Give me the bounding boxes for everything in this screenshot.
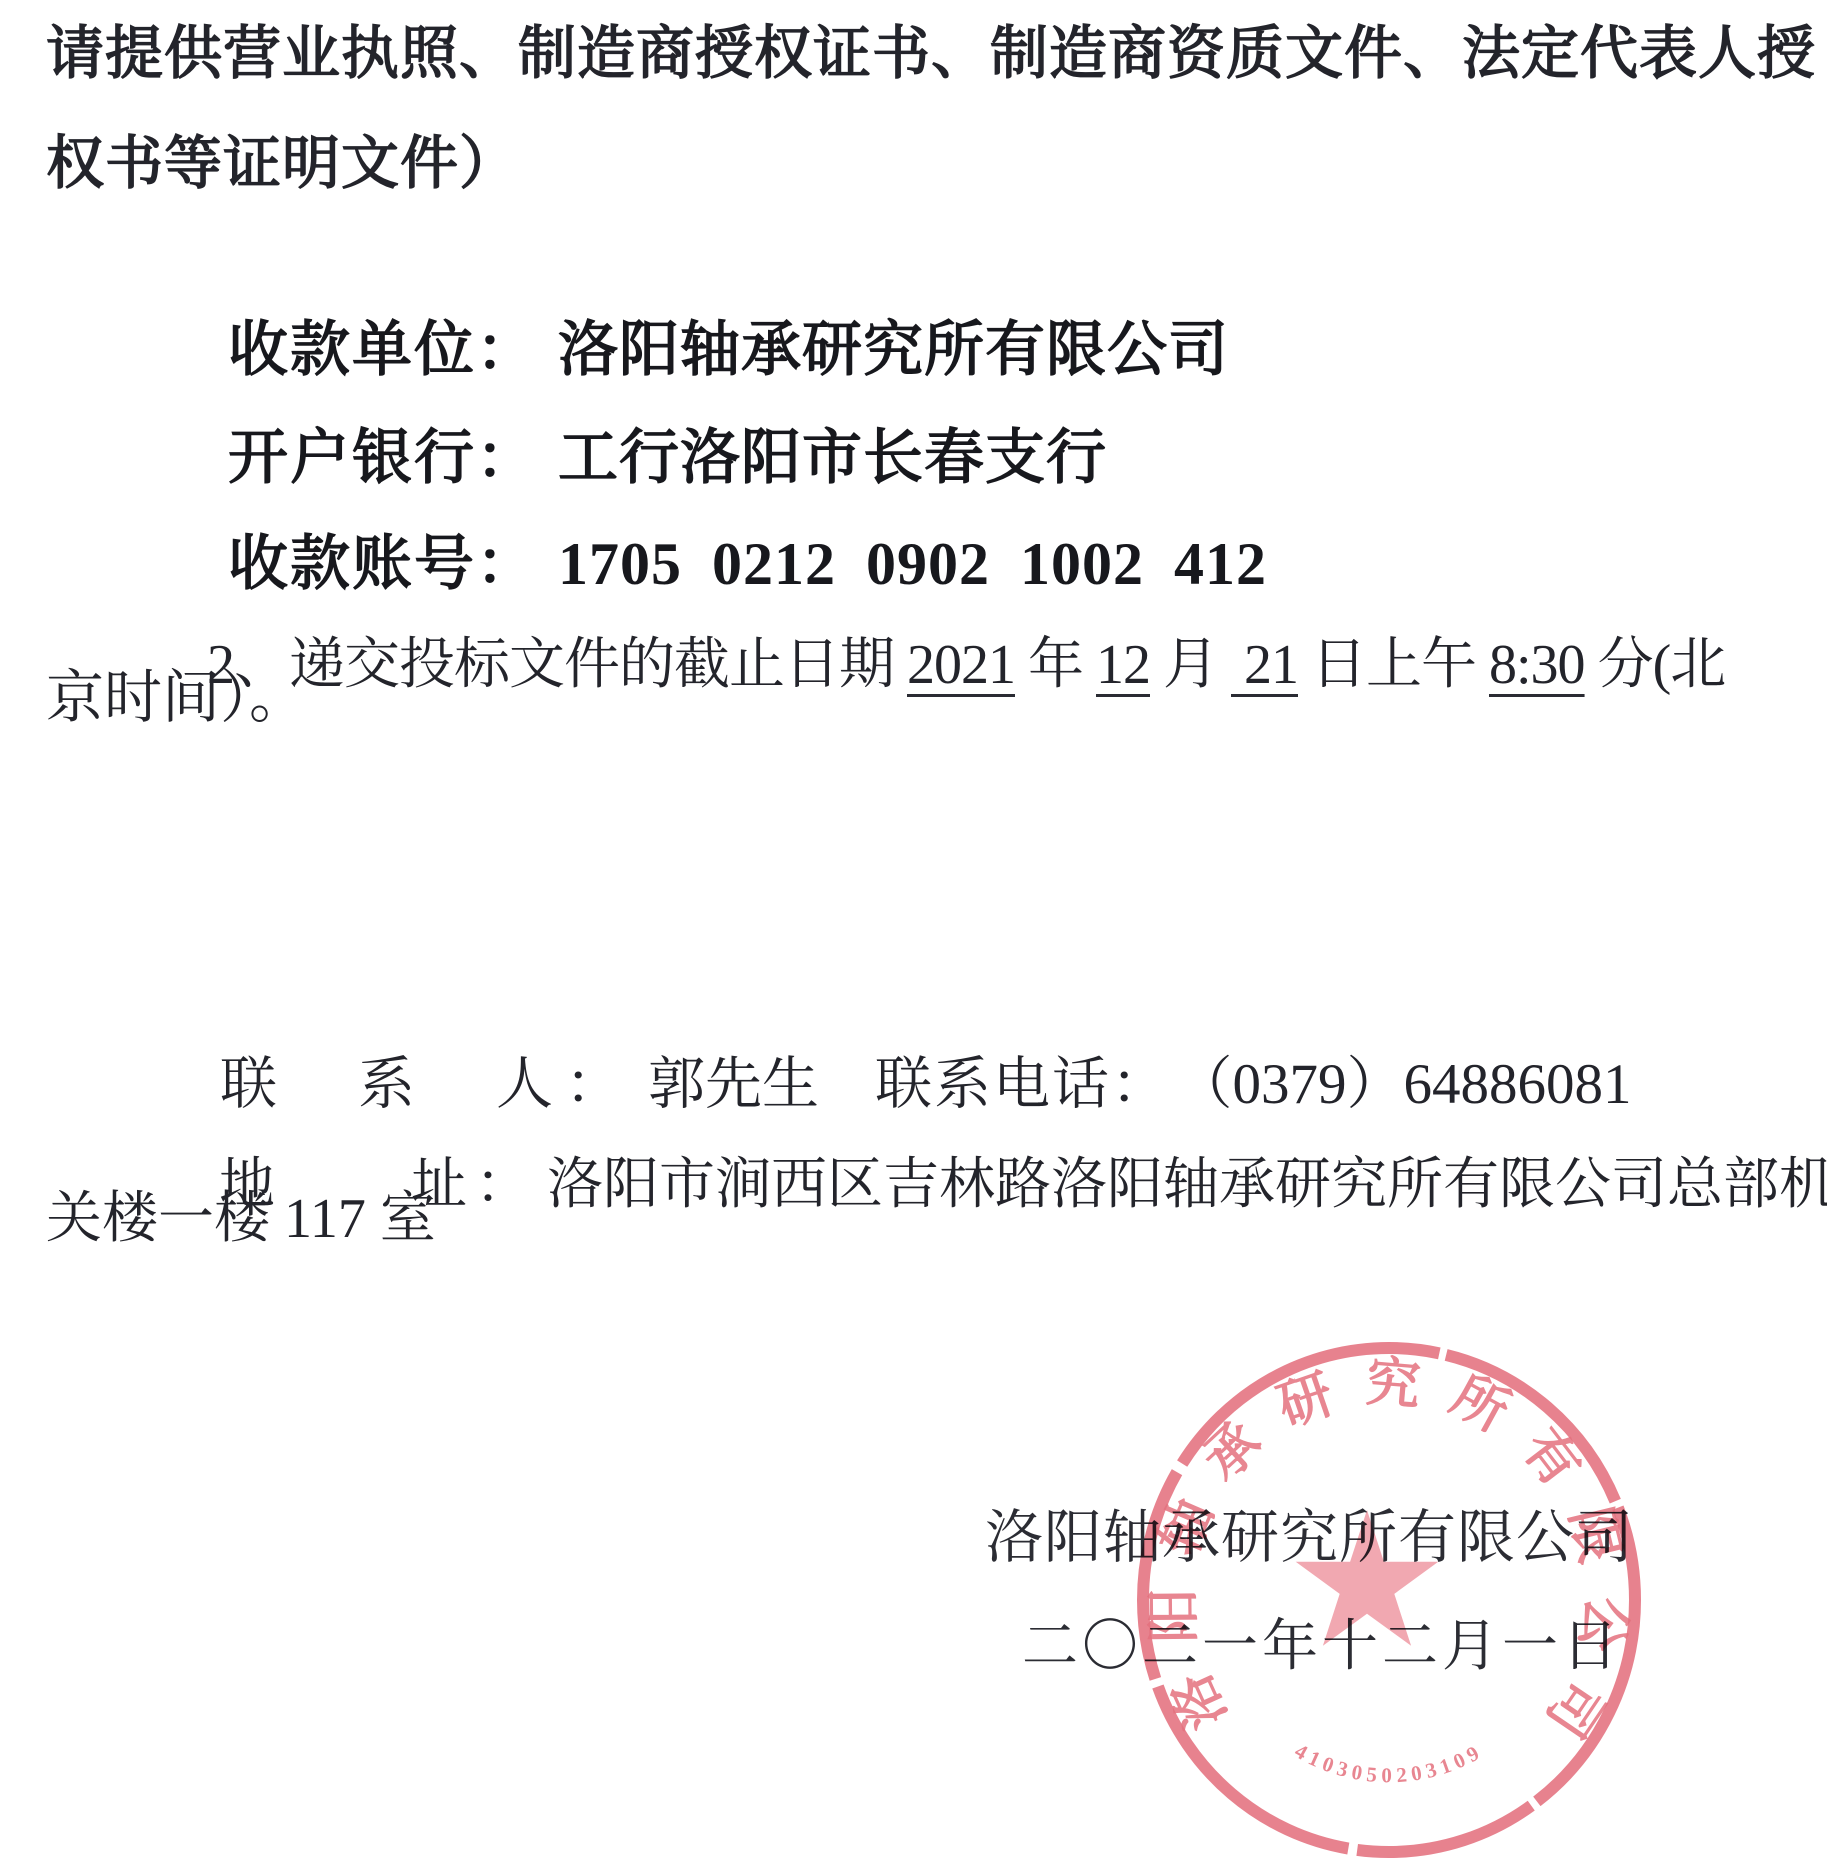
deadline-year: 2021 [907,634,1015,696]
seal-star-icon [1296,1510,1439,1646]
address-value-line-1: 洛阳市涧西区吉林路洛阳轴承研究所有限公司总部机 [547,1154,1827,1216]
deadline-day-unit: 日上午 [1298,634,1489,696]
deadline-time: 8:30 [1489,634,1585,696]
address-value-line-2: 关楼一楼 117 室 [46,1186,436,1252]
intro-paragraph-line-1: 请提供营业执照、制造商授权证书、制造商资质文件、法定代表人授 [46,20,1816,88]
deadline-year-unit: 年 [1015,634,1096,696]
deadline-prefix: 2、递交投标文件的截止日期 [207,634,907,696]
company-seal: 洛阳轴承研究所有限公司 4103050203109 [1136,1340,1642,1860]
deadline-line: 2、递交投标文件的截止日期 2021 年 12 月 21 日上午 8:30 分(… [155,566,1725,764]
svg-text:4103050203109: 4103050203109 [1291,1738,1488,1787]
deadline-month-unit: 月 [1150,634,1231,696]
deadline-tail: 分(北 [1585,634,1726,696]
deadline-month: 12 [1096,634,1150,696]
scanned-document-page: 请提供营业执照、制造商授权证书、制造商资质文件、法定代表人授 权书等证明文件） … [0,0,1827,1862]
seal-code: 4103050203109 [1291,1738,1488,1787]
intro-paragraph-line-2: 权书等证明文件） [46,130,518,198]
deadline-day: 21 [1231,634,1298,696]
deadline-wrap-line: 京时间）。 [46,664,307,732]
